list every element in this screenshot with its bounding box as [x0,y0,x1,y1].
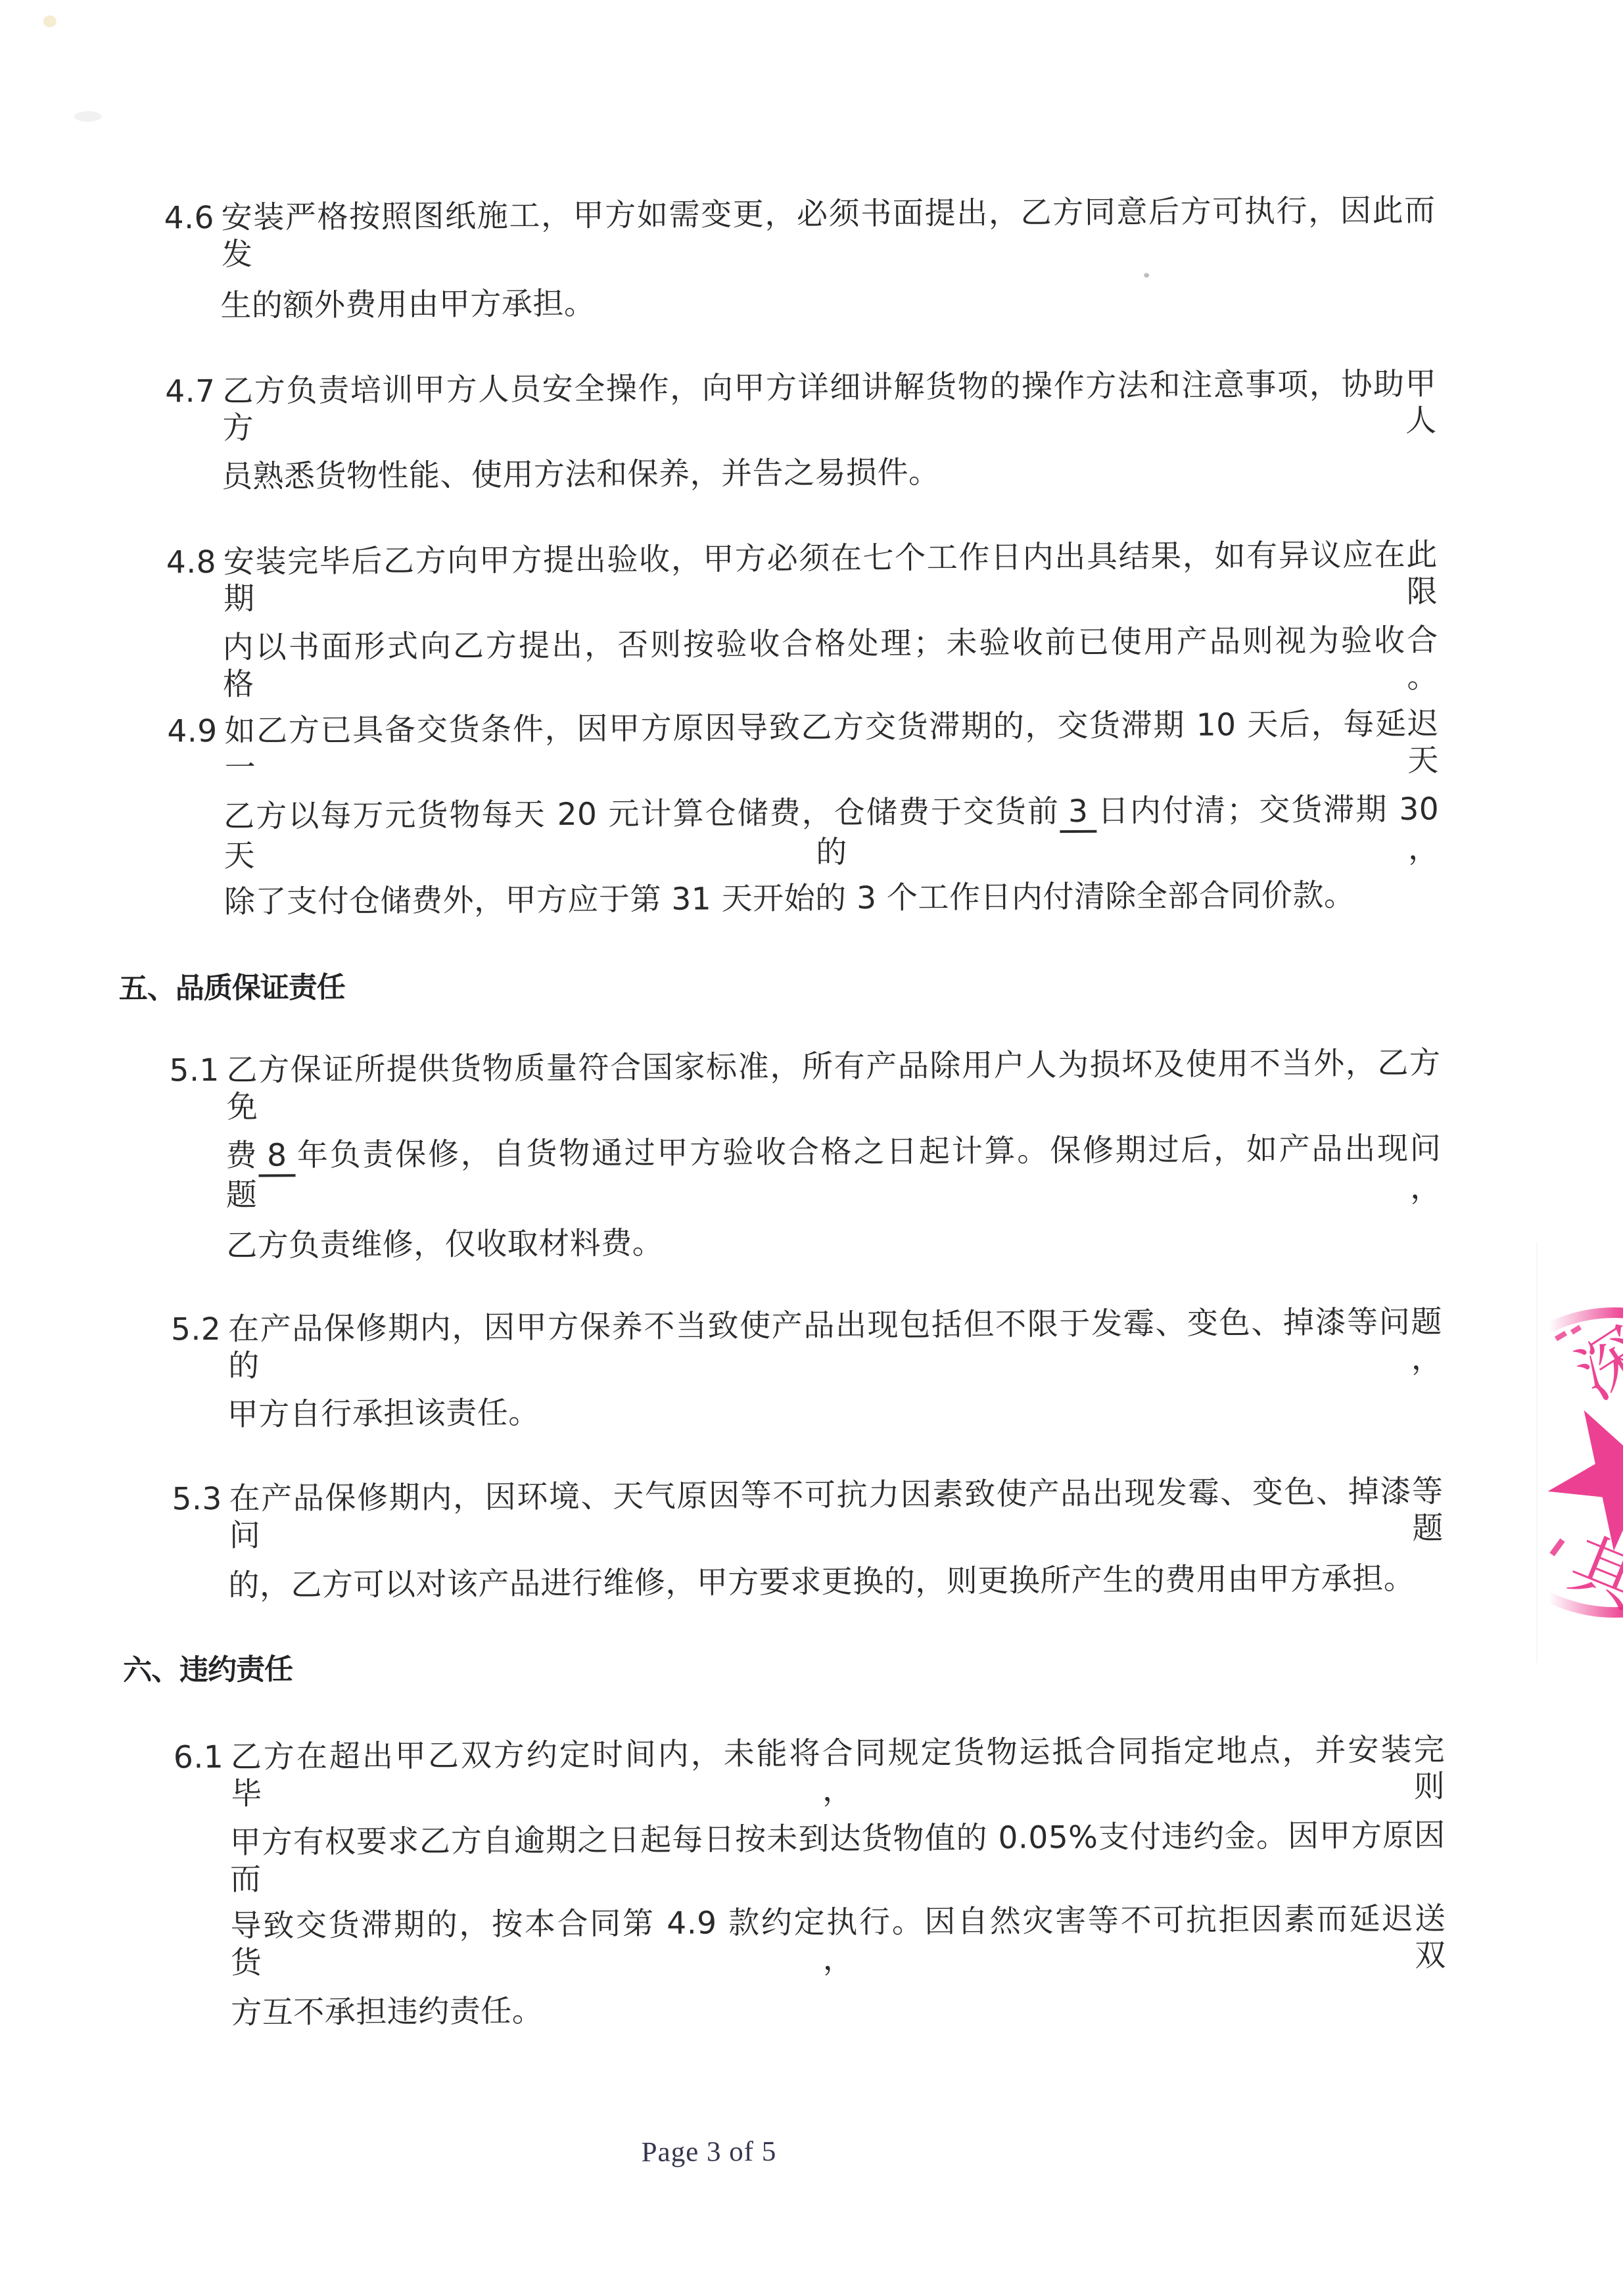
clause-text: 费8年负责保修，自货物通过甲方验收合格之日起计算。保修期过后，如产品出现问题， [225,1131,1442,1214]
stamp-character-top: 深 [1563,1314,1623,1415]
clause-line: 乙方负责维修，仅收取材料费。 [226,1221,1442,1265]
clause-text: 安装完毕后乙方向甲方提出验收，甲方必须在七个工作日内出具结果，如有异议应在此期限 [223,537,1438,618]
clause-text: 内以书面形式向乙方提出，否则按验收合格处理；未验收前已使用产品则视为验收合格。 [222,622,1438,703]
company-stamp-graphic: 深 其 [1465,1278,1623,1647]
clause-line: 的，乙方可以对该产品进行维修，甲方要求更换的，则更换所产生的费用由甲方承担。 [228,1560,1444,1605]
clause-text: 的，乙方可以对该产品进行维修，甲方要求更换的，则更换所产生的费用由甲方承担。 [228,1560,1444,1605]
clause-text: 导致交货滞期的，按本合同第 4.9 款约定执行。因自然灾害等不可抗拒因素而延迟送… [230,1901,1446,1982]
clause-text: 乙方负责培训甲方人员安全操作，向甲方详细讲解货物的操作方法和注意事项，协助甲方人 [222,366,1437,447]
page-number: Page 3 of 5 [641,2136,776,2168]
clause-text: 乙方以每万元货物每天 20 元计算仓储费，仓储费于交货前3日内付清；交货滞期 3… [223,791,1440,875]
stamp-ring-text-fragment [1552,1540,1563,1555]
clause-text: 生的额外费用由甲方承担。 [220,281,1436,325]
stamp-ring-text-fragment [1572,1327,1580,1332]
clause-text: 乙方在超出甲乙双方约定时间内，未能将合同规定货物运抵合同指定地点，并安装完毕，则 [231,1732,1446,1813]
clause-text: 安装严格按照图纸施工，甲方如需变更，必须书面提出，乙方同意后方可执行，因此而发 [221,193,1436,273]
clause-text: 乙方保证所提供货物质量符合国家标准，所有产品除用户人为损坏及使用不当外，乙方免 [226,1045,1441,1126]
clause-line: 生的额外费用由甲方承担。 [220,281,1436,325]
clause-number: 4.7 [165,373,223,448]
clause-line: 6.1 乙方在超出甲乙双方约定时间内，未能将合同规定货物运抵合同指定地点，并安装… [174,1732,1446,1814]
clause-line: 甲方有权要求乙方自逾期之日起每日按未到达货物值的 0.05%支付违约金。因甲方原… [230,1817,1446,1898]
clause-number: 4.6 [164,200,222,274]
clause-line: 内以书面形式向乙方提出，否则按验收合格处理；未验收前已使用产品则视为验收合格。 [222,622,1438,703]
clause-text-segment: 乙方以每万元货物每天 20 元计算仓储费，仓储费于交货前 [223,793,1060,835]
clause-number: 4.9 [167,713,225,787]
clause-text: 除了支付仓储费外，甲方应于第 31 天开始的 3 个工作日内付清除全部合同价款。 [224,877,1440,921]
clause-line: 导致交货滞期的，按本合同第 4.9 款约定执行。因自然灾害等不可抗拒因素而延迟送… [230,1901,1446,1982]
contract-page: 4.6 安装严格按照图纸施工，甲方如需变更，必须书面提出，乙方同意后方可执行，因… [0,0,1623,2296]
clause-line: 4.7 乙方负责培训甲方人员安全操作，向甲方详细讲解货物的操作方法和注意事项，协… [165,366,1437,448]
clause-number: 5.2 [171,1311,229,1386]
stamp-ring-text-fragment [1556,1333,1566,1339]
clause-text: 在产品保修期内，因环境、天气原因等不可抗力因素致使产品出现发霉、变色、掉漆等问题 [229,1474,1444,1555]
clause-line: 除了支付仓储费外，甲方应于第 31 天开始的 3 个工作日内付清除全部合同价款。 [224,877,1440,921]
scanned-sheet: 4.6 安装严格按照图纸施工，甲方如需变更，必须书面提出，乙方同意后方可执行，因… [0,0,1623,2296]
clause-text: 乙方负责维修，仅收取材料费。 [226,1221,1442,1265]
clause-text: 在产品保修期内，因甲方保养不当致使产品出现包括但不限于发霉、变色、掉漆等问题的， [228,1304,1443,1385]
clause-line: 费8年负责保修，自货物通过甲方验收合格之日起计算。保修期过后，如产品出现问题， [225,1131,1442,1214]
scan-speck [43,15,57,27]
section-heading: 六、违约责任 [123,1645,1438,1689]
clause-line: 4.6 安装严格按照图纸施工，甲方如需变更，必须书面提出，乙方同意后方可执行，因… [164,193,1436,274]
clause-line: 甲方自行承担该责任。 [227,1390,1443,1434]
clause-text: 甲方有权要求乙方自逾期之日起每日按未到达货物值的 0.05%支付违约金。因甲方原… [230,1817,1446,1898]
clause-line: 5.3 在产品保修期内，因环境、天气原因等不可抗力因素致使产品出现发霉、变色、掉… [172,1474,1444,1555]
clause-number: 6.1 [174,1739,231,1814]
company-stamp: 深 其 [1465,1278,1623,1647]
filled-blank-value: 8 [258,1137,296,1177]
clause-text: 方互不承担违约责任。 [231,1988,1446,2032]
clause-number: 5.3 [172,1481,229,1555]
clause-number: 4.8 [166,544,224,619]
clause-line: 5.2 在产品保修期内，因甲方保养不当致使产品出现包括但不限于发霉、变色、掉漆等… [171,1304,1443,1386]
clause-text-segment: 年负责保修，自货物通过甲方验收合格之日起计算。保修期过后，如产品出现问题， [226,1131,1442,1213]
clause-text: 甲方自行承担该责任。 [227,1390,1443,1434]
section-heading: 五、品质保证责任 [119,964,1434,1007]
clause-text: 如乙方已具备交货条件，因甲方原因导致乙方交货滞期的，交货滞期 10 天后，每延迟… [224,706,1439,787]
clause-number: 5.1 [169,1052,227,1127]
scan-speck [1144,273,1149,277]
clause-line: 4.9 如乙方已具备交货条件，因甲方原因导致乙方交货滞期的，交货滞期 10 天后… [167,706,1439,787]
clause-line: 员熟悉货物性能、使用方法和保养，并告之易损件。 [222,452,1437,496]
clause-line: 方互不承担违约责任。 [231,1988,1446,2032]
clause-line: 4.8 安装完毕后乙方向甲方提出验收，甲方必须在七个工作日内出具结果，如有异议应… [166,537,1438,619]
scan-speck [74,111,102,122]
clause-line: 乙方以每万元货物每天 20 元计算仓储费，仓储费于交货前3日内付清；交货滞期 3… [223,791,1440,875]
clause-text: 员熟悉货物性能、使用方法和保养，并告之易损件。 [222,452,1437,496]
clause-text-segment: 费 [225,1138,258,1174]
filled-blank-value: 3 [1060,793,1097,833]
clause-line: 5.1 乙方保证所提供货物质量符合国家标准，所有产品除用户人为损坏及使用不当外，… [169,1045,1441,1127]
